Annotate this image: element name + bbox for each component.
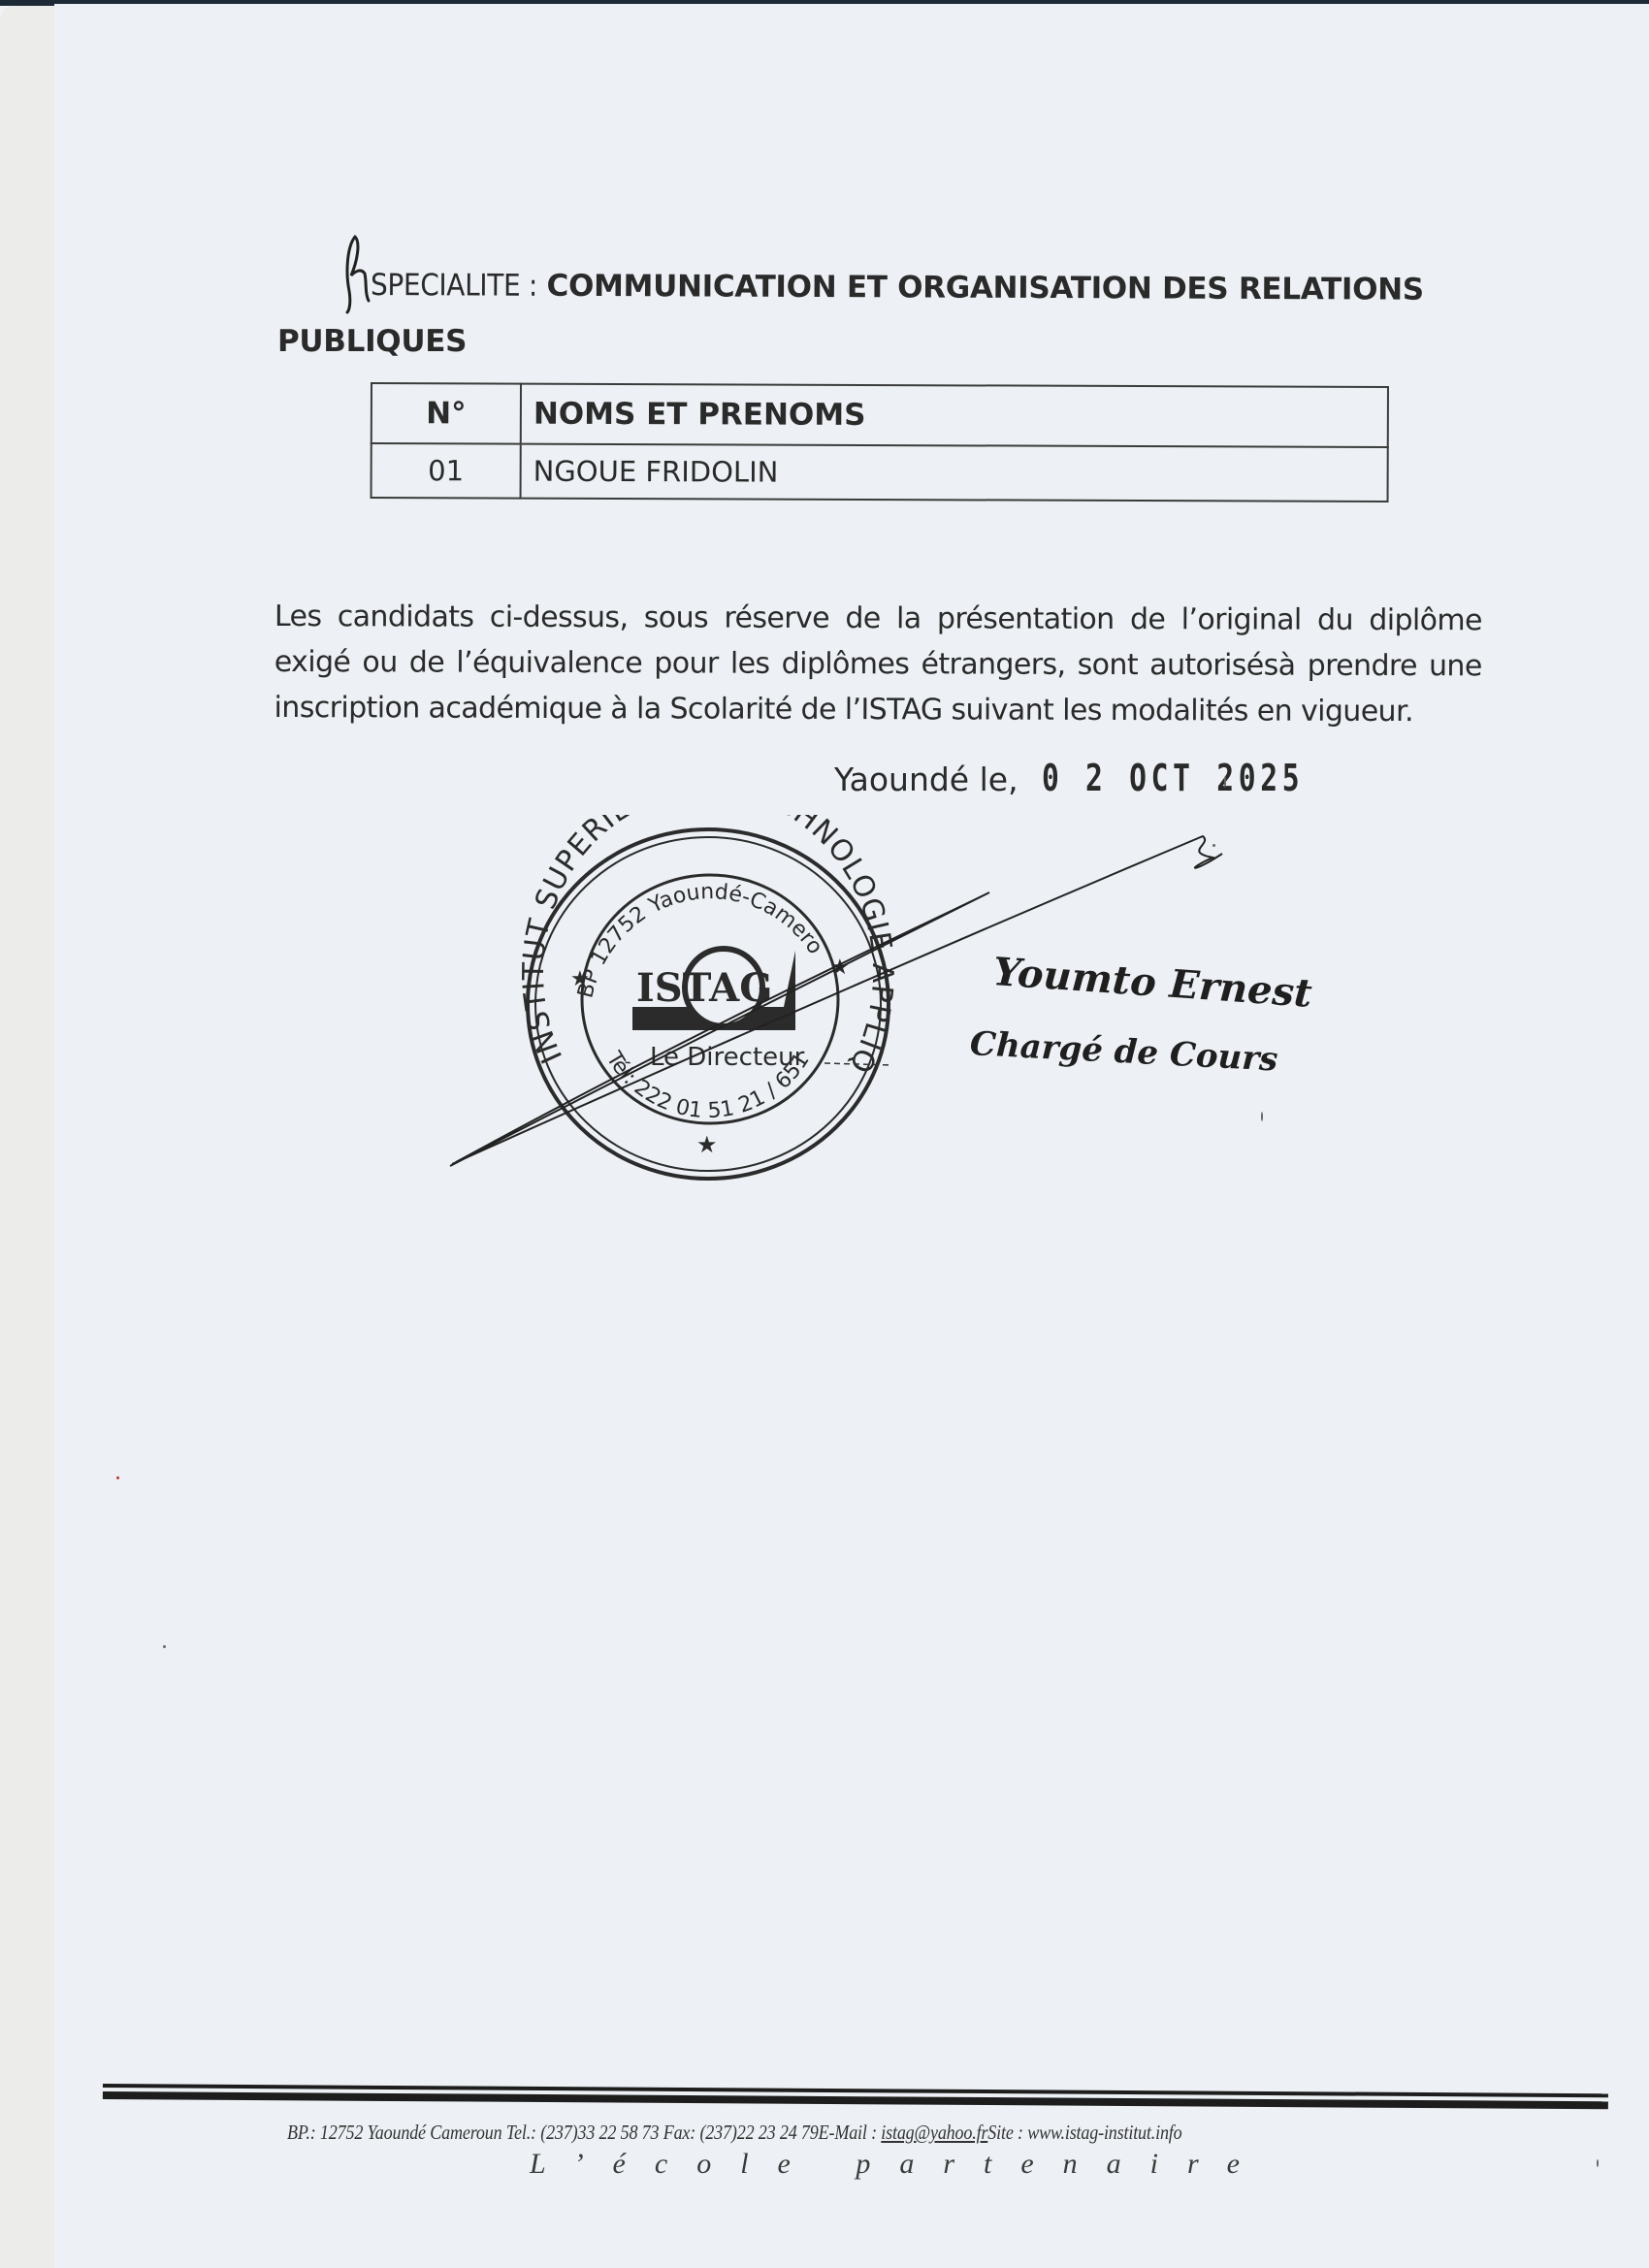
specialite-value-continued: PUBLIQUES (277, 324, 467, 359)
scan-speck (1212, 844, 1215, 847)
stamped-date: 0 2 OCT 2025 (1042, 757, 1304, 799)
svg-text:★: ★ (570, 967, 590, 991)
cell-name: NGOUE FRIDOLIN (521, 444, 1388, 502)
scan-speck (163, 1645, 166, 1648)
header-names: NOMS ET PRENOMS (521, 384, 1388, 447)
handwritten-initials-icon (341, 233, 371, 314)
svg-text:ISTAG: ISTAG (636, 965, 772, 1011)
cell-number: 01 (372, 443, 521, 499)
table-row: 01 NGOUE FRIDOLIN (372, 443, 1388, 502)
header-number: N° (372, 383, 521, 444)
svg-text:★: ★ (696, 1131, 718, 1158)
specialite-value: COMMUNICATION ET ORGANISATION DES RELATI… (546, 269, 1423, 308)
footer-site: Site : www.istag-institut.info (987, 2121, 1181, 2144)
footer-address-text: BP.: 12752 Yaoundé Cameroun Tel.: (237)3… (287, 2121, 881, 2144)
scan-left-margin (0, 6, 54, 2268)
scan-speck (1597, 2159, 1599, 2167)
footer-email-link[interactable]: istag@yahoo.fr (881, 2121, 987, 2144)
specialite-heading: SPECIALITE : COMMUNICATION ET ORGANISATI… (371, 268, 1424, 308)
scan-speck (116, 1476, 119, 1479)
date-place: Yaoundé le, (834, 761, 1018, 798)
scan-speck (1261, 1112, 1263, 1121)
date-line: Yaoundé le, 0 2 OCT 2025 (834, 757, 1378, 799)
table-header-row: N° NOMS ET PRENOMS (372, 383, 1388, 447)
footer-motto: L’école partenaire (530, 2148, 1269, 2181)
candidates-table: N° NOMS ET PRENOMS 01 NGOUE FRIDOLIN (371, 382, 1389, 502)
authorization-paragraph: Les candidats ci-dessus, sous réserve de… (275, 594, 1482, 734)
footer-contact: BP.: 12752 Yaoundé Cameroun Tel.: (237)3… (287, 2121, 1182, 2145)
scan-speck (1224, 776, 1226, 788)
specialite-label: SPECIALITE : (371, 268, 537, 304)
